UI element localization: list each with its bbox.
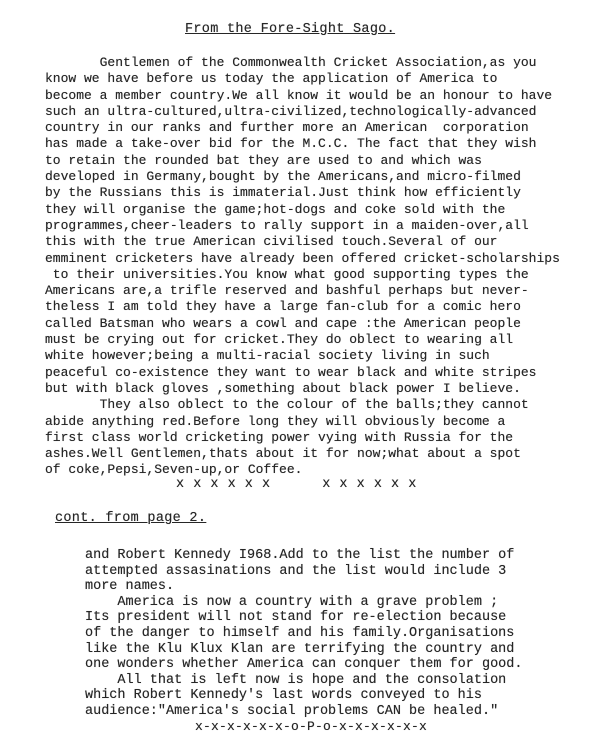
section2-body-text: and Robert Kennedy I968.Add to the list … (85, 548, 522, 720)
page-footer-rule: x-x-x-x-x-x-o-P-o-x-x-x-x-x-x (195, 719, 427, 734)
section1-body-text: Gentlemen of the Commonwealth Cricket As… (45, 55, 560, 479)
typewritten-document-page: From the Fore-Sight Sago. Gentlemen of t… (0, 0, 606, 750)
section-separator: x x x x x x x x x x x x (176, 477, 417, 492)
continuation-heading: cont. from page 2. (55, 511, 206, 526)
document-title: From the Fore-Sight Sago. (185, 21, 395, 38)
